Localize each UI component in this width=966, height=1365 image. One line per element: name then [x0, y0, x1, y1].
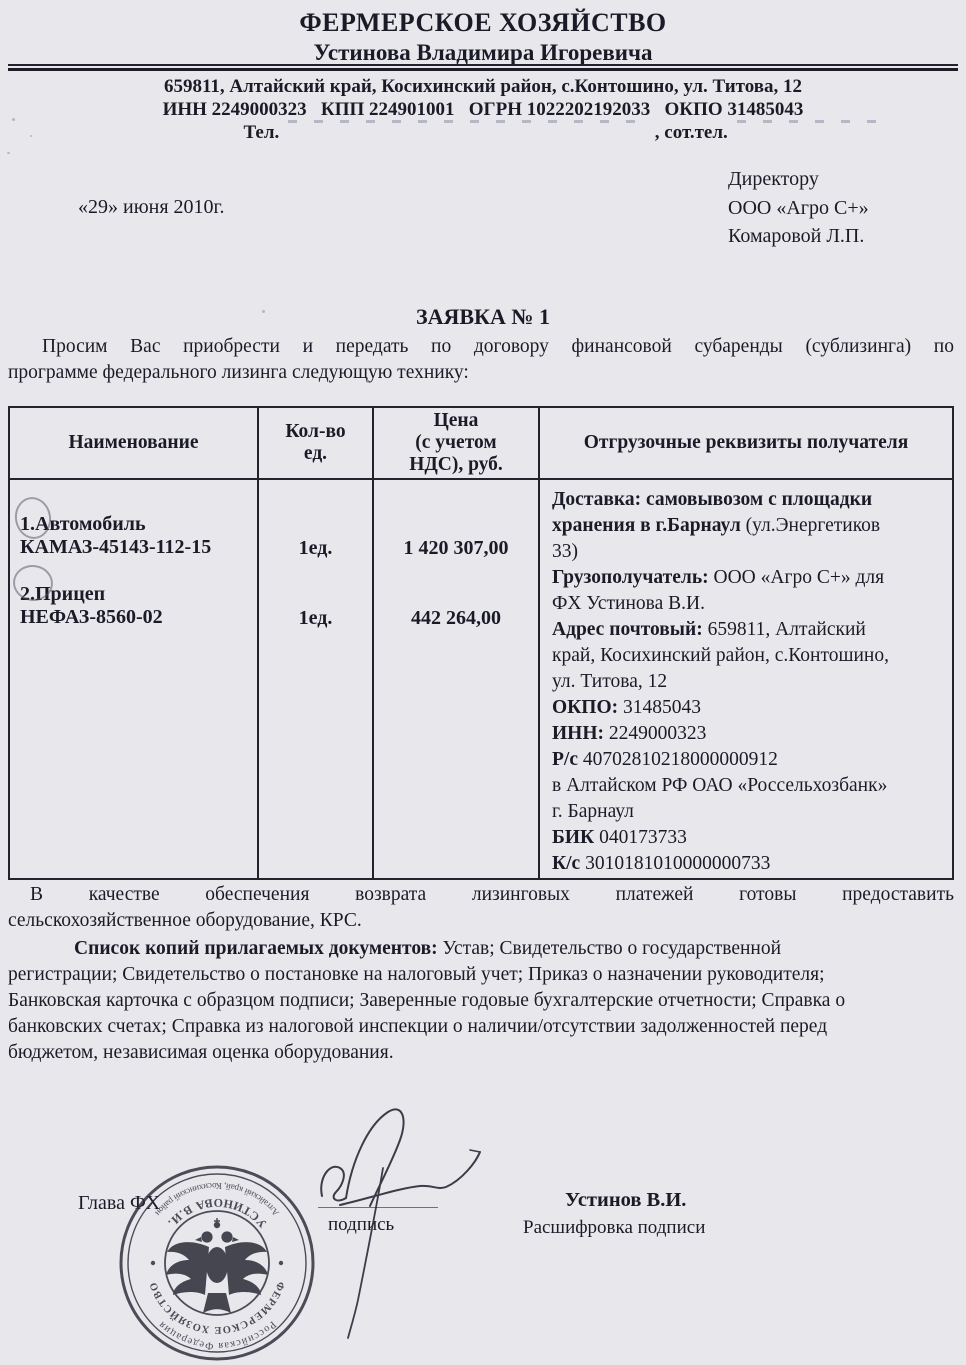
documents-list-line: Список копий прилагаемых документов: Уст… — [8, 936, 954, 962]
letterhead-divider — [8, 64, 958, 71]
cell-shipping-details: Доставка: самовывозом с площадки хранени… — [540, 480, 952, 878]
round-seal-stamp: Алтайский край, Косихинский район Россий… — [115, 1161, 319, 1365]
shipping-line: ул. Титова, 12 — [552, 669, 942, 695]
item-2-price: 442 264,00 — [374, 607, 538, 630]
documents-list-line: регистрации; Свидетельство о постановке … — [8, 962, 954, 988]
documents-list-line1-rest: Устав; Свидетельство о государственной — [438, 938, 781, 959]
shipping-line-bold: БИК — [552, 827, 594, 848]
shipping-details-text: Доставка: самовывозом с площадки хранени… — [540, 480, 952, 877]
double-headed-eagle-icon — [166, 1218, 268, 1313]
column-header-shipping: Отгрузочные реквизиты получателя — [540, 408, 952, 478]
shipping-line-rest: ООО «Агро С+» для — [709, 567, 884, 588]
divider-thick-line — [8, 68, 958, 71]
item-2-quantity: 1ед. — [259, 607, 372, 630]
shipping-line-rest: 659811, Алтайский — [703, 619, 866, 640]
shipping-line-rest: 040173733 — [594, 827, 687, 848]
column-header-name: Наименование — [10, 408, 259, 478]
intro-paragraph-line2: программе федерального лизинга следующую… — [8, 362, 954, 384]
documents-list-line: Банковская карточка с образцом подписи; … — [8, 988, 954, 1014]
documents-list-line: бюджетом, независимая оценка оборудовани… — [8, 1040, 954, 1066]
signer-name: Устинов В.И. — [565, 1189, 686, 1212]
shipping-line: 33) — [552, 539, 942, 565]
shipping-line-rest: 40702810218000000912 — [578, 749, 778, 770]
shipping-line: ИНН: 2249000323 — [552, 721, 942, 747]
signer-name-caption: Расшифровка подписи — [523, 1217, 705, 1239]
signature-curl-stroke — [321, 1167, 346, 1201]
shipping-line-bold: ОКПО: — [552, 697, 618, 718]
shipping-line: ОКПО: 31485043 — [552, 695, 942, 721]
cell-quantities: 1ед. 1ед. — [259, 480, 374, 878]
shipping-line: г. Барнаул — [552, 799, 942, 825]
shipping-line: ФХ Устинова В.И. — [552, 591, 942, 617]
documents-list-line: банковских счетах; Справка из налоговой … — [8, 1014, 954, 1040]
collateral-paragraph-line1: В качестве обеспечения возврата лизингов… — [8, 884, 954, 906]
signature-flourish-stroke — [340, 1152, 480, 1205]
phone-label: Тел. — [243, 122, 279, 143]
documents-list-label: Список копий прилагаемых документов: — [74, 938, 438, 959]
addressee-block: Директору ООО «Агро С+» Комаровой Л.П. — [728, 165, 869, 251]
signature-flourish-tip — [470, 1150, 480, 1161]
shipping-line-rest: (ул.Энергетиков — [741, 515, 880, 536]
shipping-line: край, Косихинский район, с.Контошино, — [552, 643, 942, 669]
shipping-line-rest: 2249000323 — [604, 723, 706, 744]
org-registration-line: ИНН 2249000323 КПП 224901001 ОГРН 102220… — [0, 99, 966, 121]
document-title: ЗАЯВКА № 1 — [0, 304, 966, 330]
shipping-line: Грузополучатель: ООО «Агро С+» для — [552, 565, 942, 591]
shipping-line-rest: 3010181010000000733 — [580, 853, 770, 874]
item-1-quantity: 1ед. — [259, 537, 372, 560]
stamp-separator-dot-right — [279, 1261, 283, 1265]
addressee-role: Директору — [728, 165, 869, 194]
scanned-document-page: ФЕРМЕРСКОЕ ХОЗЯЙСТВО Устинова Владимира … — [0, 0, 966, 1365]
shipping-line: К/с 3010181010000000733 — [552, 851, 942, 877]
shipping-line: хранения в г.Барнаул (ул.Энергетиков — [552, 513, 942, 539]
shipping-line-bold: ИНН: — [552, 723, 604, 744]
table-header-row: Наименование Кол-во ед. Цена (с учетом Н… — [10, 408, 952, 480]
stamp-separator-dot-left — [151, 1261, 155, 1265]
table-body-row: 1.Автомобиль КАМАЗ-45143-112-15 2.Прицеп… — [10, 480, 952, 878]
redacted-mobile-number — [733, 124, 883, 138]
shipping-line: Р/с 40702810218000000912 — [552, 747, 942, 773]
handwritten-signature — [300, 1080, 500, 1365]
shipping-line-bold: Грузополучатель: — [552, 567, 709, 588]
shipping-line: Адрес почтовый: 659811, Алтайский — [552, 617, 942, 643]
shipping-line-rest: в Алтайском РФ ОАО «Россельхозбанк» — [552, 775, 887, 796]
shipping-line-bold: К/с — [552, 853, 580, 874]
column-header-quantity: Кол-во ед. — [259, 408, 374, 478]
divider-thin-line — [8, 64, 958, 66]
org-address-line: 659811, Алтайский край, Косихинский райо… — [0, 76, 966, 98]
document-date: «29» июня 2010г. — [78, 196, 225, 219]
collateral-paragraph-line2: сельскохозяйственное оборудование, КРС. — [8, 910, 954, 932]
shipping-line: БИК 040173733 — [552, 825, 942, 851]
scan-speck — [12, 118, 15, 121]
shipping-line-bold: хранения в г.Барнаул — [552, 515, 741, 536]
scan-speck — [7, 152, 10, 154]
equipment-table: Наименование Кол-во ед. Цена (с учетом Н… — [8, 406, 954, 880]
shipping-line-rest: ФХ Устинова В.И. — [552, 593, 705, 614]
shipping-line-rest: 31485043 — [618, 697, 701, 718]
phone-line: Тел. , сот.тел. — [0, 122, 966, 144]
item-1-price: 1 420 307,00 — [374, 537, 538, 560]
redacted-phone-number — [284, 124, 650, 138]
shipping-line-rest: край, Косихинский район, с.Контошино, — [552, 645, 889, 666]
shipping-line-rest: г. Барнаул — [552, 801, 634, 822]
org-type-title: ФЕРМЕРСКОЕ ХОЗЯЙСТВО — [0, 8, 966, 38]
column-header-price: Цена (с учетом НДС), руб. — [374, 408, 540, 478]
shipping-line-bold: Доставка: самовывозом с площадки — [552, 489, 872, 510]
signature-descender-stroke — [348, 1168, 383, 1338]
cell-names: 1.Автомобиль КАМАЗ-45143-112-15 2.Прицеп… — [10, 480, 259, 878]
mobile-label: , сот.тел. — [655, 122, 728, 143]
addressee-company: ООО «Агро С+» — [728, 194, 869, 223]
shipping-line: в Алтайском РФ ОАО «Россельхозбанк» — [552, 773, 942, 799]
shipping-line-bold: Адрес почтовый: — [552, 619, 703, 640]
intro-paragraph-line1: Просим Вас приобрести и передать по дого… — [8, 336, 954, 358]
org-owner-title: Устинова Владимира Игоревича — [0, 40, 966, 66]
scan-speck — [30, 135, 32, 137]
addressee-person: Комаровой Л.П. — [728, 222, 869, 251]
shipping-line-bold: Р/с — [552, 749, 578, 770]
shipping-line: Доставка: самовывозом с площадки — [552, 487, 942, 513]
attached-documents-paragraph: Список копий прилагаемых документов: Уст… — [8, 936, 954, 1066]
shipping-line-rest: 33) — [552, 541, 578, 562]
shipping-line-rest: ул. Титова, 12 — [552, 671, 667, 692]
cell-prices: 1 420 307,00 442 264,00 — [374, 480, 540, 878]
